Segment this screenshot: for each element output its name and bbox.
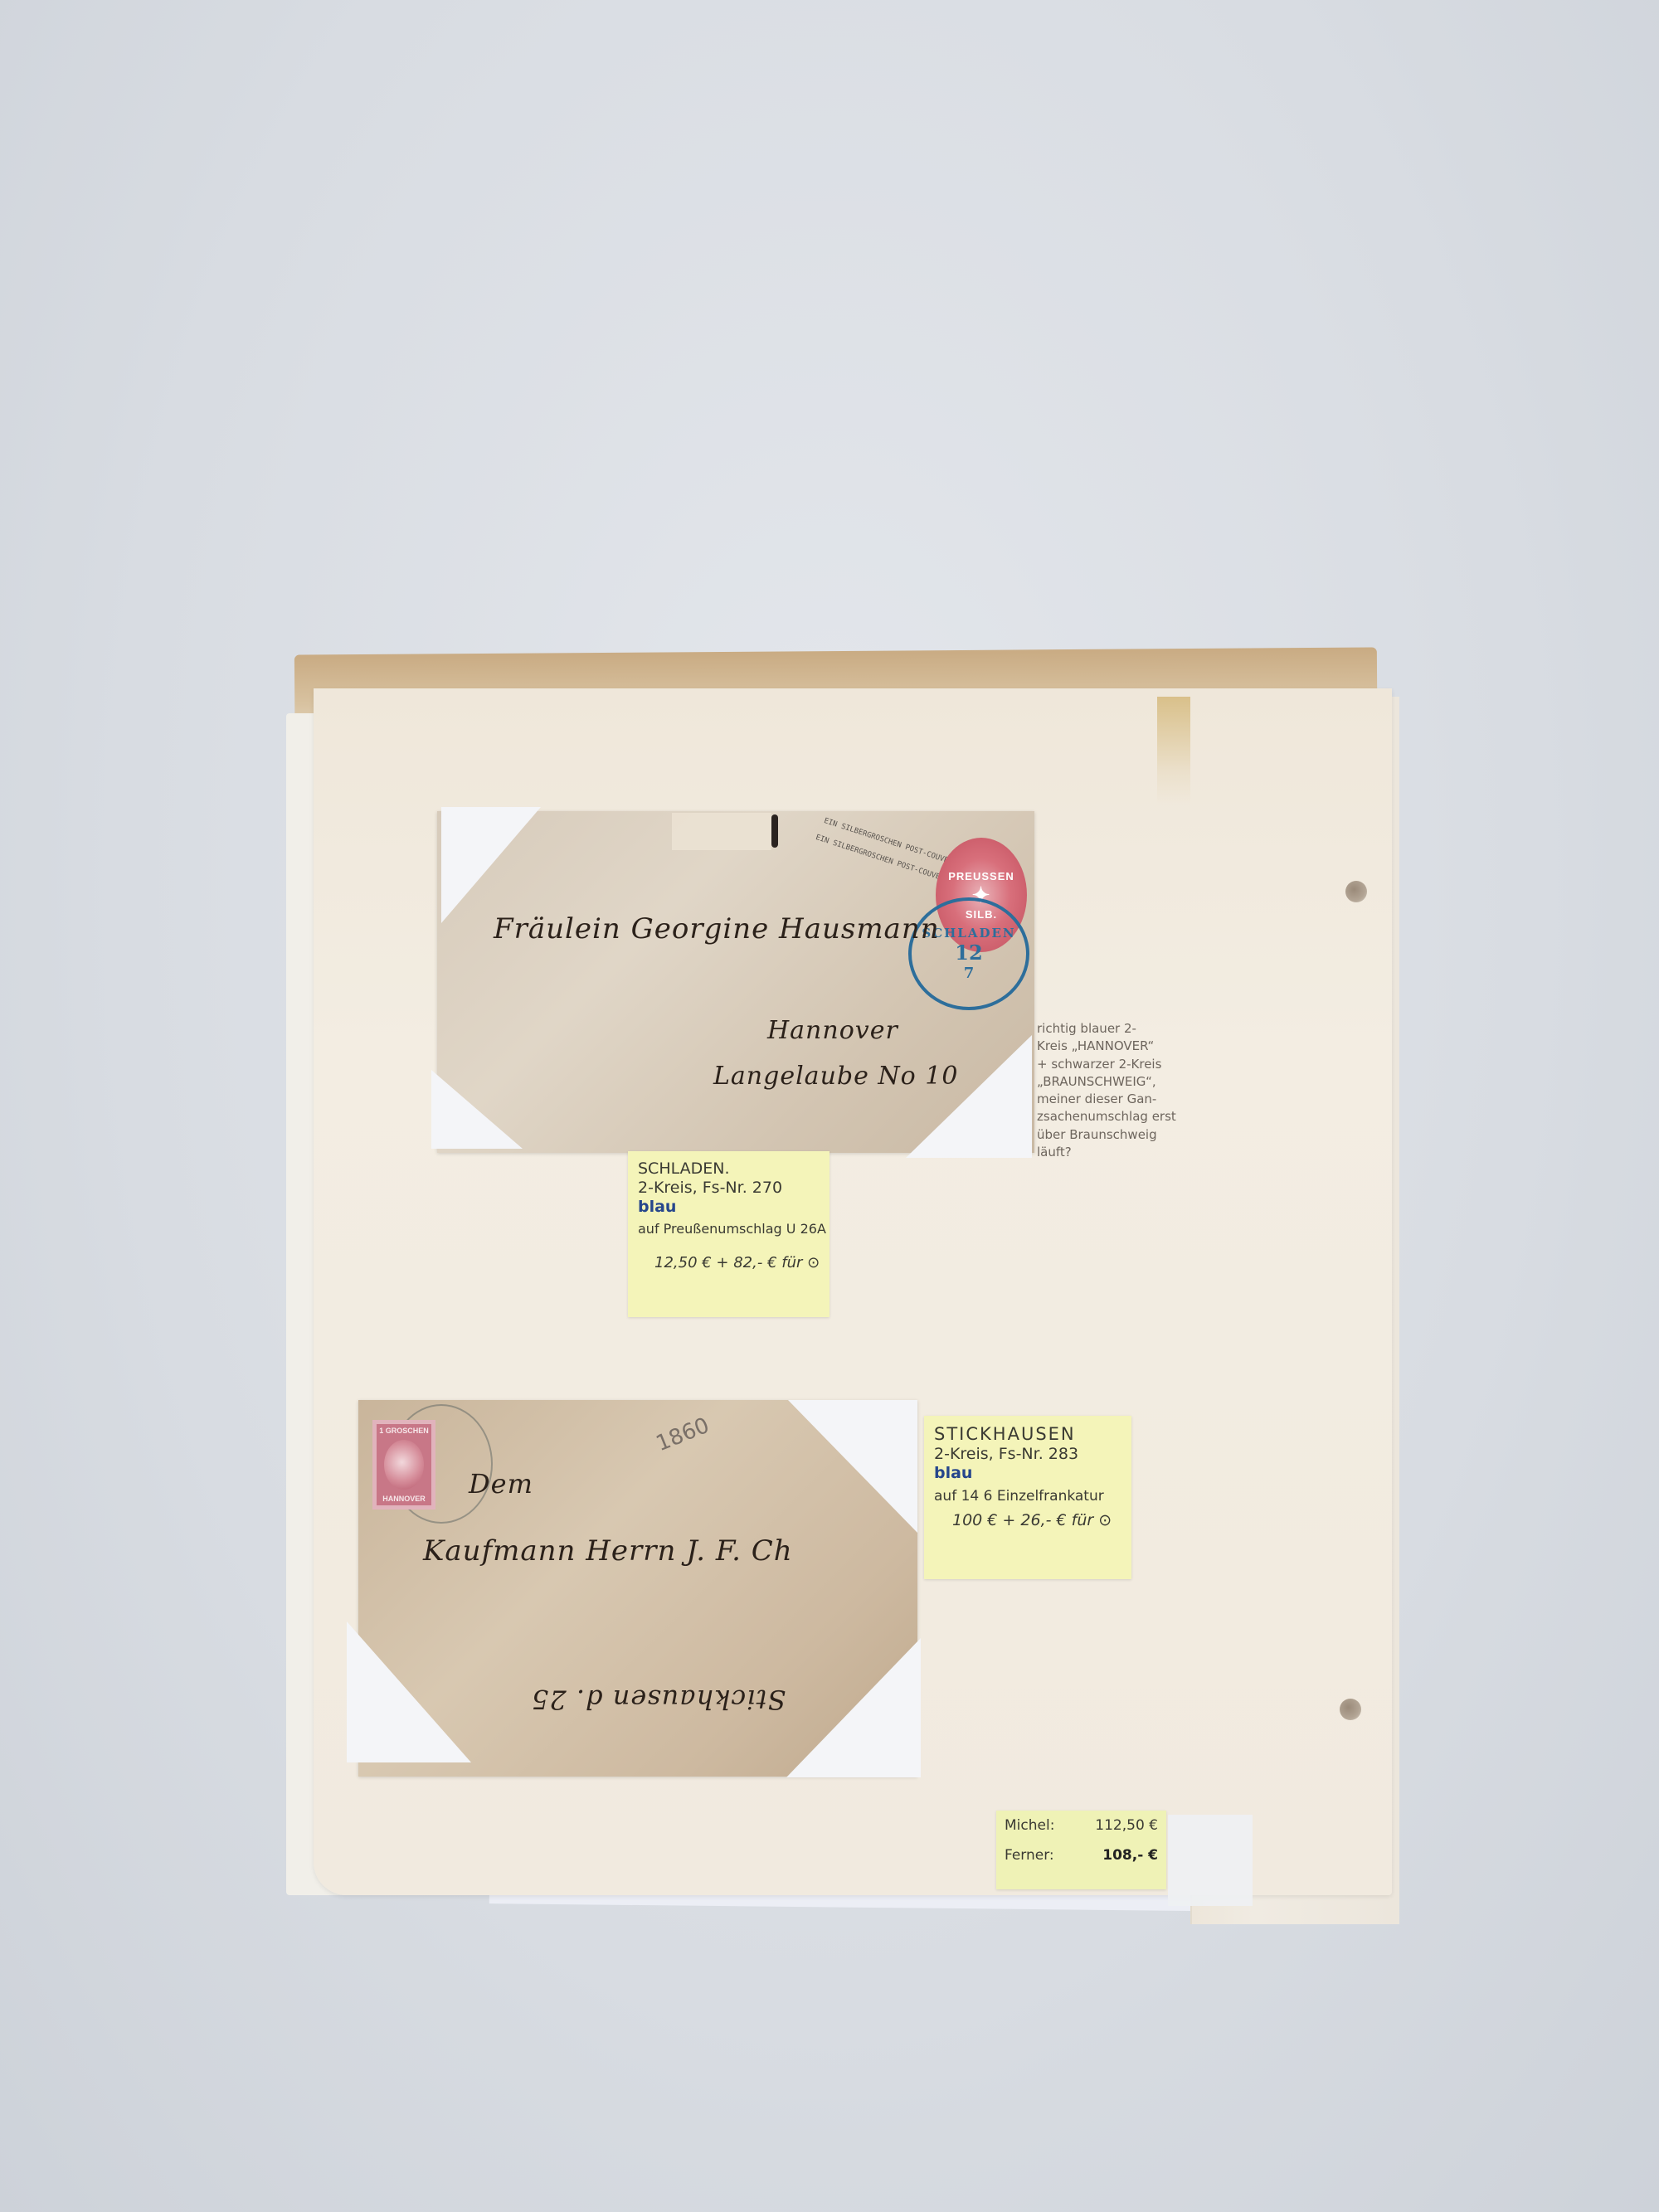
totals-label: Michel: (1005, 1817, 1054, 1834)
note-ink-color: blau (934, 1464, 1121, 1483)
note-cancel-type: 2-Kreis, Fs-Nr. 270 (638, 1179, 820, 1198)
stamp-denomination: 1 GROSCHEN (379, 1427, 429, 1435)
side-note-line: zsachenumschlag erst (1037, 1108, 1203, 1125)
side-note-line: „BRAUNSCHWEIG“, (1037, 1073, 1203, 1091)
paper-repair (672, 813, 771, 850)
stamp-country: HANNOVER (382, 1495, 426, 1503)
ink-blot (771, 814, 778, 848)
address-line-1: Fräulein Georgine Hausmann (494, 912, 940, 946)
note-price: 12,50 € + 82,- € für ⊙ (638, 1254, 820, 1272)
address-line-3: Langelaube No 10 (713, 1062, 958, 1091)
address-line-2: Kaufmann Herrn J. F. Ch (423, 1534, 793, 1568)
stamp-country: PREUSSEN (948, 870, 1014, 882)
address-line-1: Dem (469, 1468, 533, 1500)
cover-2-price-note: STICKHAUSEN 2-Kreis, Fs-Nr. 283 blau auf… (924, 1416, 1131, 1579)
side-note-line: Kreis „HANNOVER“ (1037, 1038, 1203, 1055)
punch-hole-icon (1340, 1699, 1361, 1720)
postmark-month: 7 (964, 965, 975, 982)
note-item: auf Preußenumschlag U 26A (638, 1221, 820, 1237)
postmark-day: 12 (955, 941, 982, 965)
note-town: SCHLADEN. (638, 1159, 820, 1179)
totals-row: Ferner: 108,- € (1005, 1847, 1158, 1864)
note-town: STICKHAUSEN (934, 1424, 1121, 1445)
note-cancel-type: 2-Kreis, Fs-Nr. 283 (934, 1445, 1121, 1464)
side-note-line: + schwarzer 2-Kreis (1037, 1056, 1203, 1073)
side-note-line: über Braunschweig (1037, 1126, 1203, 1144)
note-price: 100 € + 26,- € für ⊙ (934, 1511, 1121, 1530)
totals-value: 112,50 € (1095, 1817, 1158, 1834)
note-ink-color: blau (638, 1198, 820, 1217)
side-note-line: meiner dieser Gan- (1037, 1091, 1203, 1108)
pencil-side-note: richtig blauer 2- Kreis „HANNOVER“ + sch… (1037, 1020, 1203, 1161)
inverted-docket: Stickhausen d. 25 (531, 1684, 786, 1715)
totals-value: 108,- € (1102, 1847, 1158, 1864)
tape-patch (1168, 1815, 1253, 1906)
address-line-2: Hannover (767, 1016, 898, 1045)
hannover-stamp-icon: 1 GROSCHEN HANNOVER (372, 1420, 435, 1510)
cover-1-price-note: SCHLADEN. 2-Kreis, Fs-Nr. 270 blau auf P… (628, 1151, 829, 1317)
totals-row: Michel: 112,50 € (1005, 1817, 1158, 1834)
totals-note: Michel: 112,50 € Ferner: 108,- € (996, 1811, 1166, 1889)
totals-label: Ferner: (1005, 1847, 1054, 1864)
water-stain (1157, 697, 1190, 805)
side-note-line: läuft? (1037, 1144, 1203, 1161)
punch-hole-icon (1345, 881, 1367, 902)
side-note-line: richtig blauer 2- (1037, 1020, 1203, 1038)
note-item: auf 14 6 Einzelfrankatur (934, 1488, 1121, 1505)
portrait-icon (384, 1440, 424, 1490)
